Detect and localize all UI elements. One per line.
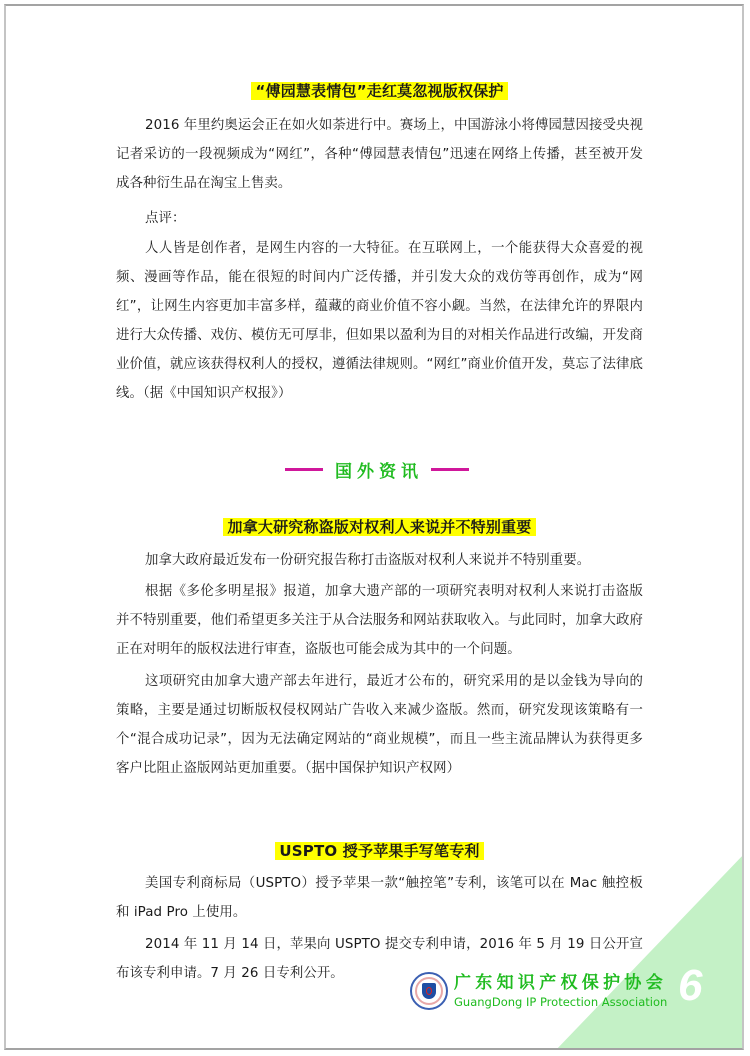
emblem-shield [422,983,436,999]
page-number: 6 [678,961,702,1011]
article-paragraph: 人人皆是创作者，是网生内容的一大特征。在互联网上，一个能获得大众喜爱的视频、漫画… [116,234,643,408]
article-title: USPTO 授予苹果手写笔专利 [116,840,643,862]
org-name-en: GuangDong IP Protection Association [454,994,667,1010]
article-paragraph: 这项研究由加拿大遗产部去年进行，最近才公布的，研究采用的是以金钱为导向的策略，主… [116,667,643,783]
article-paragraph: 美国专利商标局（USPTO）授予苹果一款“触控笔”专利，该笔可以在 Mac 触控… [116,869,643,927]
section-divider-left [285,468,323,471]
article-paragraph: 加拿大政府最近发布一份研究报告称打击盗版对权利人来说并不特别重要。 [116,546,643,575]
article-paragraph: 根据《多伦多明星报》报道，加拿大遗产部的一项研究表明对权利人来说打击盗版并不特别… [116,577,643,664]
article-paragraph: 2016 年里约奥运会正在如火如荼进行中。赛场上，中国游泳小将傅园慧因接受央视记… [116,111,643,198]
org-name-cn: 广东知识产权保护协会 [454,972,667,994]
article-title: “傅园慧表情包”走红莫忽视版权保护 [116,80,643,102]
association-emblem-icon [410,972,448,1010]
article-title-text: USPTO 授予苹果手写笔专利 [275,842,483,860]
org-name: 广东知识产权保护协会 GuangDong IP Protection Assoc… [454,972,667,1010]
section-title: 国外资讯 [282,454,472,484]
section-divider-right [431,468,469,471]
comment-label: 点评： [116,204,643,233]
section-title-text: 国外资讯 [335,457,423,482]
article-title-text: 加拿大研究称盗版对权利人来说并不特别重要 [223,518,535,536]
footer-branding: 广东知识产权保护协会 GuangDong IP Protection Assoc… [410,968,667,1014]
article-title: 加拿大研究称盗版对权利人来说并不特别重要 [116,516,643,538]
article-title-text: “傅园慧表情包”走红莫忽视版权保护 [251,82,507,100]
document-page: “傅园慧表情包”走红莫忽视版权保护 2016 年里约奥运会正在如火如荼进行中。赛… [4,4,744,1050]
